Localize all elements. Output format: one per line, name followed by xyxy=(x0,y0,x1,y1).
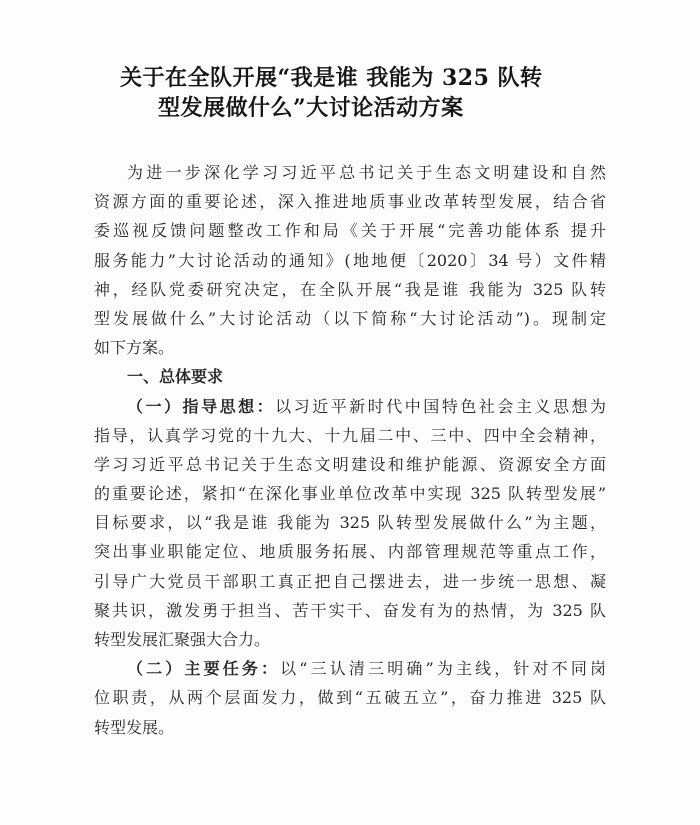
body-line: 突出事业职能定位、地质服务拓展、内部管理规范等重点工作， xyxy=(94,537,606,566)
document-body: 为进一步深化学习习近平总书记关于生态文明建设和自然 资源方面的重要论述，深入推进… xyxy=(94,158,606,742)
subsection-text: 以习近平新时代中国特色社会主义思想为 xyxy=(275,397,606,416)
intro-line: 神，经队党委研究决定，在全队开展“我是谁 我能为 325 队转 xyxy=(94,275,606,304)
intro-line: 型发展做什么”大讨论活动（以下简称“大讨论活动”)。现制定 xyxy=(94,304,606,333)
body-line: 位职责，从两个层面发力，做到“五破五立”，奋力推进 325 队 xyxy=(94,683,606,712)
body-line: 目标要求，以“我是谁 我能为 325 队转型发展做什么”为主题， xyxy=(94,508,606,537)
body-line: 学习习近平总书记关于生态文明建设和维护能源、资源安全方面 xyxy=(94,450,606,479)
document-page: 关于在全队开展“我是谁 我能为 325 队转 型发展做什么”大讨论活动方案 为进… xyxy=(0,0,700,825)
title-line-1: 关于在全队开展“我是谁 我能为 325 队转 xyxy=(120,63,610,93)
body-line: 转型发展。 xyxy=(94,713,606,742)
subsection-text: 以“三认清三明确”为主线，针对不同岗 xyxy=(280,659,606,678)
body-line: 指导，认真学习党的十九大、十九届二中、三中、四中全会精神， xyxy=(94,421,606,450)
subsection-main-tasks-first-line: （二）主要任务：以“三认清三明确”为主线，针对不同岗 xyxy=(94,654,606,683)
subsection-label: （二）主要任务： xyxy=(127,659,280,678)
subsection-label: （一）指导思想： xyxy=(127,397,275,416)
body-line: 引导广大党员干部职工真正把自己摆进去，进一步统一思想、凝 xyxy=(94,567,606,596)
section-heading: 一、总体要求 xyxy=(94,362,606,391)
intro-line: 如下方案。 xyxy=(94,333,606,362)
body-line: 的重要论述，紧扣“在深化事业单位改革中实现 325 队转型发展” xyxy=(94,479,606,508)
title-line-2: 型发展做什么”大讨论活动方案 xyxy=(120,93,610,123)
subsection-guiding-ideology-first-line: （一）指导思想：以习近平新时代中国特色社会主义思想为 xyxy=(94,392,606,421)
document-title: 关于在全队开展“我是谁 我能为 325 队转 型发展做什么”大讨论活动方案 xyxy=(120,63,610,123)
body-line: 转型发展汇聚强大合力。 xyxy=(94,625,606,654)
intro-line: 为进一步深化学习习近平总书记关于生态文明建设和自然 xyxy=(94,158,606,187)
intro-line: 资源方面的重要论述，深入推进地质事业改革转型发展，结合省 xyxy=(94,187,606,216)
body-line: 聚共识，激发勇于担当、苦干实干、奋发有为的热情，为 325 队 xyxy=(94,596,606,625)
intro-line: 委巡视反馈问题整改工作和局《关于开展“完善功能体系 提升 xyxy=(94,216,606,245)
intro-line: 服务能力”大讨论活动的通知》(地地便〔2020〕34 号）文件精 xyxy=(94,246,606,275)
